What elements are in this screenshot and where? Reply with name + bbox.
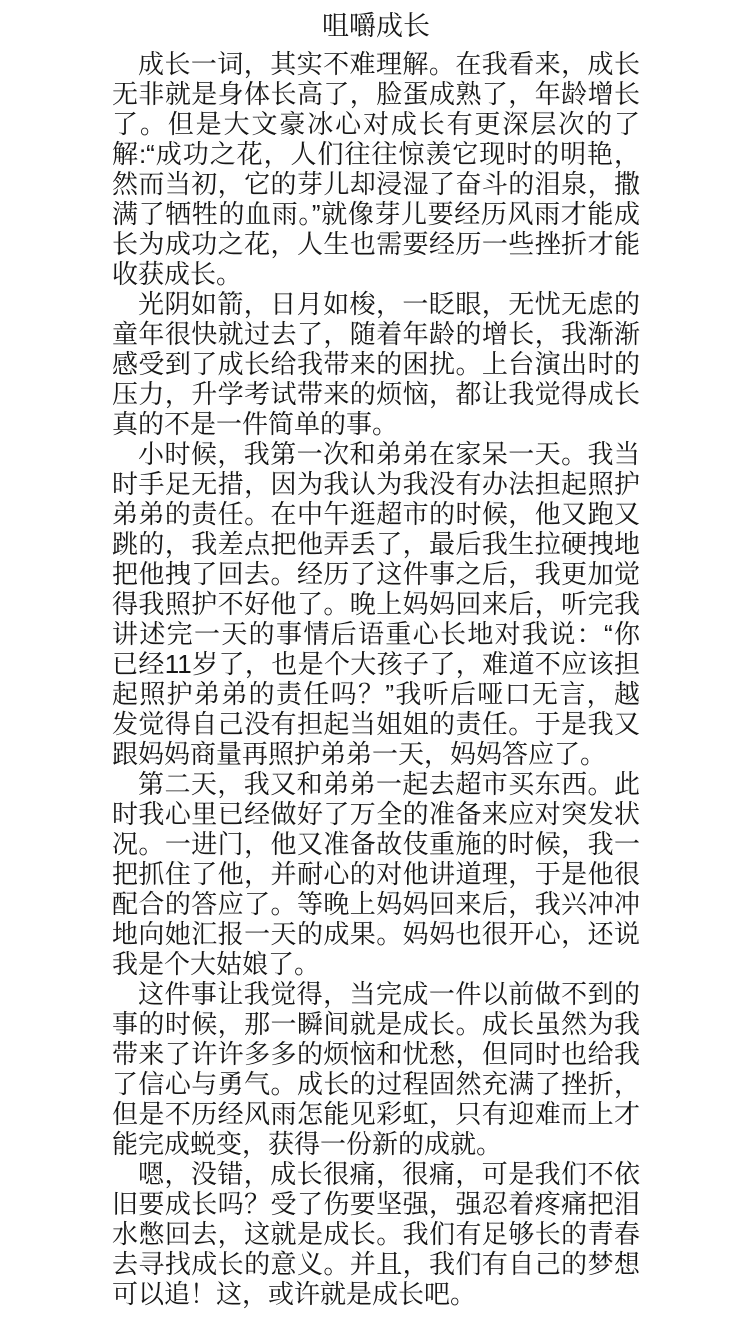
- essay-paragraph-5: 这件事让我觉得，当完成一件以前做不到的事的时候，那一瞬间就是成长。成长虽然为我带…: [112, 979, 640, 1159]
- essay-paragraph-4: 第二天，我又和弟弟一起去超市买东西。此时我心里已经做好了万全的准备来应对突发状况…: [112, 769, 640, 979]
- essay-paragraph-2: 光阴如箭，日月如梭，一眨眼，无忧无虑的童年很快就过去了，随着年龄的增长，我渐渐感…: [112, 289, 640, 439]
- essay-title: 咀嚼成长: [112, 10, 640, 43]
- essay-paragraph-6: 嗯，没错，成长很痛，很痛，可是我们不依旧要成长吗？受了伤要坚强，强忍着疼痛把泪水…: [112, 1159, 640, 1309]
- essay-paragraph-3: 小时候，我第一次和弟弟在家呆一天。我当时手足无措，因为我认为我没有办法担起照护弟…: [112, 439, 640, 769]
- essay-paragraph-1: 成长一词，其实不难理解。在我看来，成长无非就是身体长高了，脸蛋成熟了，年龄增长了…: [112, 49, 640, 289]
- document-page: 咀嚼成长 成长一词，其实不难理解。在我看来，成长无非就是身体长高了，脸蛋成熟了，…: [0, 0, 750, 1334]
